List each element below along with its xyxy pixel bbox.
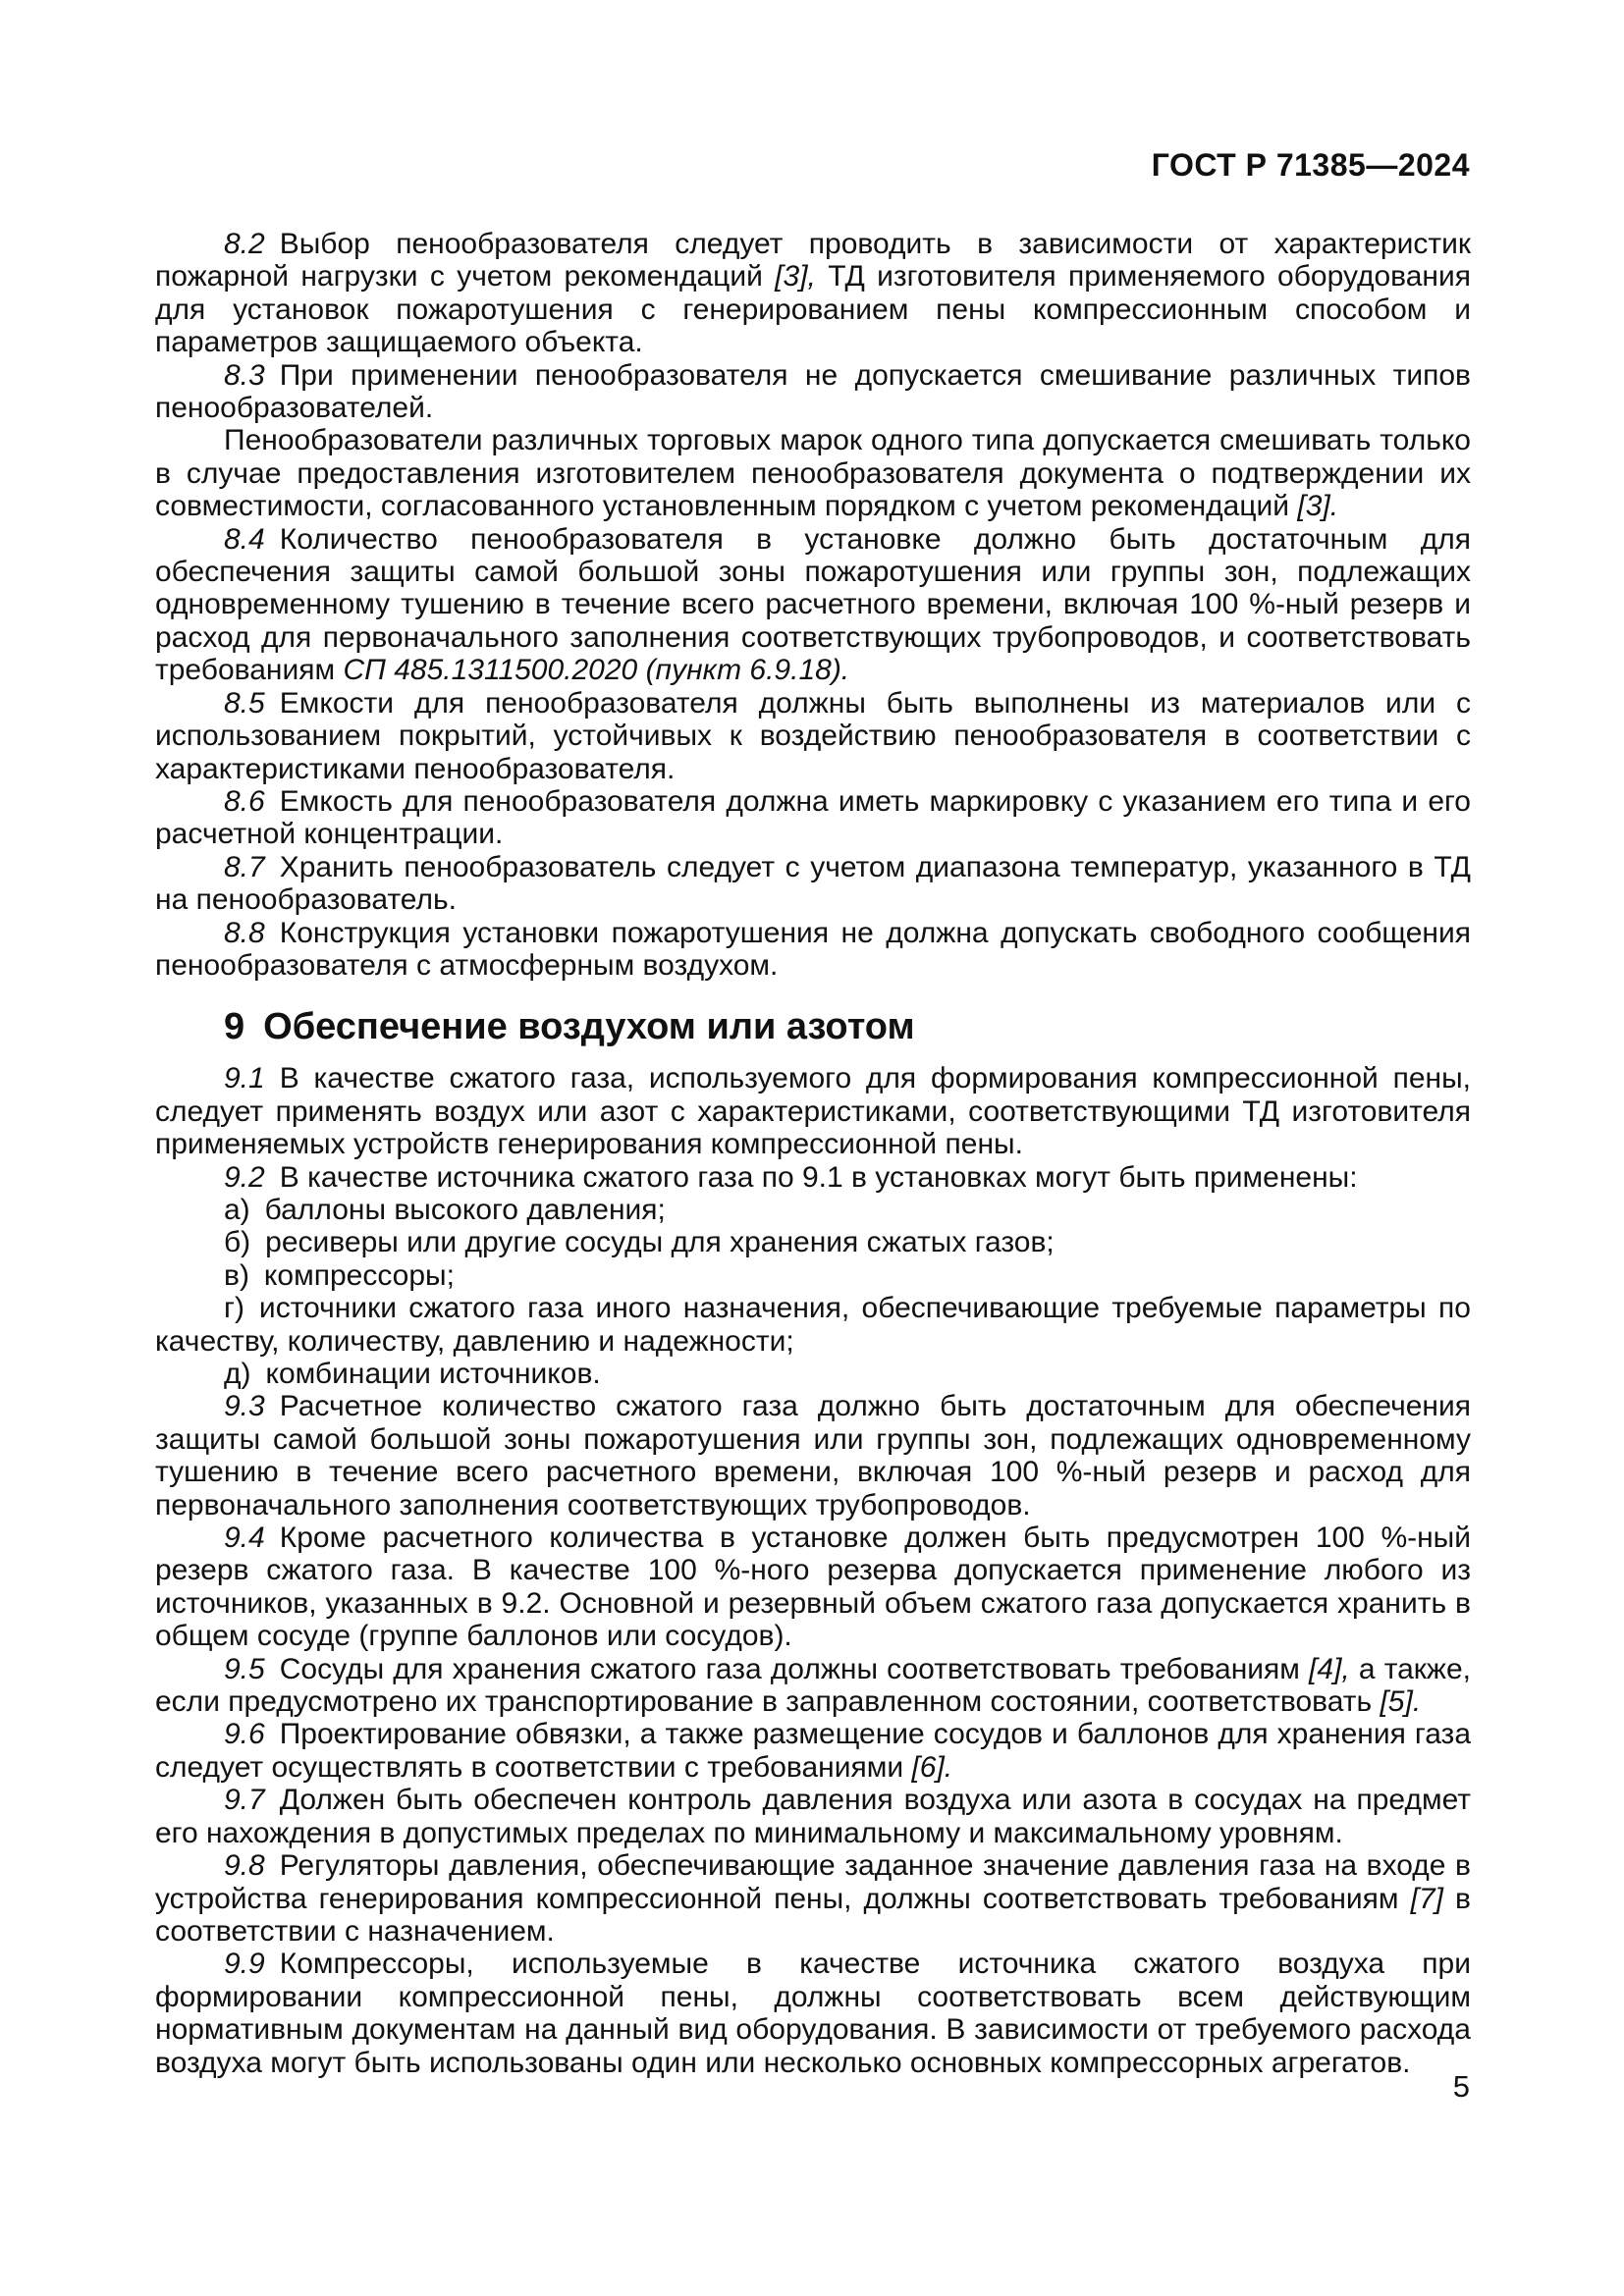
text-run: Проектирование обвязки, а также размещен… <box>155 1718 1471 1783</box>
paragraph: 8.2 Выбор пенообразователя следует прово… <box>155 228 1471 359</box>
text-run: в) компрессоры; <box>224 1259 455 1292</box>
italic-text-run: 9.7 <box>224 1784 265 1816</box>
italic-text-run: [7] <box>1411 1883 1443 1915</box>
paragraph: 9.4 Кроме расчетного количества в устано… <box>155 1522 1471 1653</box>
italic-text-run: 9.1 <box>224 1062 265 1095</box>
italic-text-run: 9.3 <box>224 1390 265 1422</box>
document-page: ГОСТ Р 71385—2024 8.2 Выбор пенообразова… <box>0 0 1624 2296</box>
text-run: д) комбинации источников. <box>224 1358 601 1390</box>
italic-text-run: 9.8 <box>224 1849 265 1882</box>
italic-text-run: 9.9 <box>224 1948 265 1980</box>
text-run: В качестве источника сжатого газа по 9.1… <box>265 1161 1358 1194</box>
text-run: Емкости для пенообразователя должны быть… <box>155 687 1471 785</box>
paragraph: 8.7 Хранить пенообразователь следует с у… <box>155 851 1471 917</box>
list-item: г) источники сжатого газа иного назначен… <box>155 1292 1471 1358</box>
list-item: в) компрессоры; <box>155 1259 1471 1292</box>
text-run: Конструкция установки пожаротушения не д… <box>155 917 1471 982</box>
italic-text-run: [3], <box>775 260 816 293</box>
italic-text-run: 9.5 <box>224 1653 265 1685</box>
italic-text-run: 8.4 <box>224 523 265 556</box>
text-run: Кроме расчетного количества в установке … <box>155 1522 1471 1652</box>
paragraph: 9.5 Сосуды для хранения сжатого газа дол… <box>155 1653 1471 1719</box>
text-run: 9 Обеспечение воздухом или азотом <box>224 1006 915 1047</box>
section-heading: 9 Обеспечение воздухом или азотом <box>155 1005 1471 1048</box>
italic-text-run: 8.6 <box>224 785 265 818</box>
text-run: Емкость для пенообразователя должна имет… <box>155 785 1471 850</box>
italic-text-run: [3]. <box>1297 490 1338 522</box>
italic-text-run: [4], <box>1309 1653 1350 1685</box>
text-run: Компрессоры, используемые в качестве ист… <box>155 1948 1471 2078</box>
text-run: Должен быть обеспечен контроль давления … <box>155 1784 1471 1848</box>
text-run: Расчетное количество сжатого газа должно… <box>155 1390 1471 1521</box>
paragraph: 8.4 Количество пенообразователя в устано… <box>155 523 1471 687</box>
italic-text-run: [6]. <box>911 1751 952 1784</box>
text-run: Регуляторы давления, обеспечивающие зада… <box>155 1849 1471 1914</box>
list-item: б) ресиверы или другие сосуды для хранен… <box>155 1226 1471 1258</box>
italic-text-run: [5]. <box>1380 1685 1421 1718</box>
list-item: д) комбинации источников. <box>155 1358 1471 1390</box>
text-run: г) источники сжатого газа иного назначен… <box>155 1292 1471 1357</box>
italic-text-run: 9.2 <box>224 1161 265 1194</box>
text-run: Сосуды для хранения сжатого газа должны … <box>265 1653 1309 1685</box>
italic-text-run: 8.3 <box>224 359 265 392</box>
paragraph: 9.6 Проектирование обвязки, а также разм… <box>155 1718 1471 1784</box>
standard-designation: ГОСТ Р 71385—2024 <box>1152 147 1470 183</box>
paragraph: 9.1 В качестве сжатого газа, используемо… <box>155 1062 1471 1160</box>
paragraph: 8.3 При применении пенообразователя не д… <box>155 359 1471 425</box>
italic-text-run: 9.6 <box>224 1718 265 1750</box>
paragraph: 9.2 В качестве источника сжатого газа по… <box>155 1161 1471 1194</box>
text-run: При применении пенообразователя не допус… <box>155 359 1471 424</box>
paragraph: 8.8 Конструкция установки пожаротушения … <box>155 917 1471 983</box>
italic-text-run: 8.7 <box>224 851 265 883</box>
document-body: 8.2 Выбор пенообразователя следует прово… <box>155 228 1471 2079</box>
italic-text-run: 8.5 <box>224 687 265 720</box>
paragraph: 8.6 Емкость для пенообразователя должна … <box>155 785 1471 851</box>
page-footer: 5 <box>1453 2069 1470 2105</box>
paragraph: 9.7 Должен быть обеспечен контроль давле… <box>155 1784 1471 1849</box>
italic-text-run: 9.4 <box>224 1522 265 1554</box>
text-run: б) ресиверы или другие сосуды для хранен… <box>224 1226 1055 1258</box>
list-item: а) баллоны высокого давления; <box>155 1194 1471 1226</box>
italic-text-run: 8.2 <box>224 228 265 260</box>
italic-text-run: СП 485.1311500.2020 (пункт 6.9.18). <box>343 654 849 686</box>
italic-text-run: 8.8 <box>224 917 265 949</box>
paragraph: 9.3 Расчетное количество сжатого газа до… <box>155 1390 1471 1522</box>
paragraph: 9.8 Регуляторы давления, обеспечивающие … <box>155 1849 1471 1948</box>
text-run: Хранить пенообразователь следует с учето… <box>155 851 1471 916</box>
text-run: В качестве сжатого газа, используемого д… <box>155 1062 1471 1160</box>
paragraph: 9.9 Компрессоры, используемые в качестве… <box>155 1948 1471 2079</box>
page-header: ГОСТ Р 71385—2024 <box>1152 147 1470 184</box>
paragraph: Пенообразователи различных торговых маро… <box>155 424 1471 522</box>
text-run: Пенообразователи различных торговых маро… <box>155 424 1471 522</box>
page-number: 5 <box>1453 2069 1470 2104</box>
text-run: а) баллоны высокого давления; <box>224 1194 666 1226</box>
paragraph: 8.5 Емкости для пенообразователя должны … <box>155 687 1471 785</box>
